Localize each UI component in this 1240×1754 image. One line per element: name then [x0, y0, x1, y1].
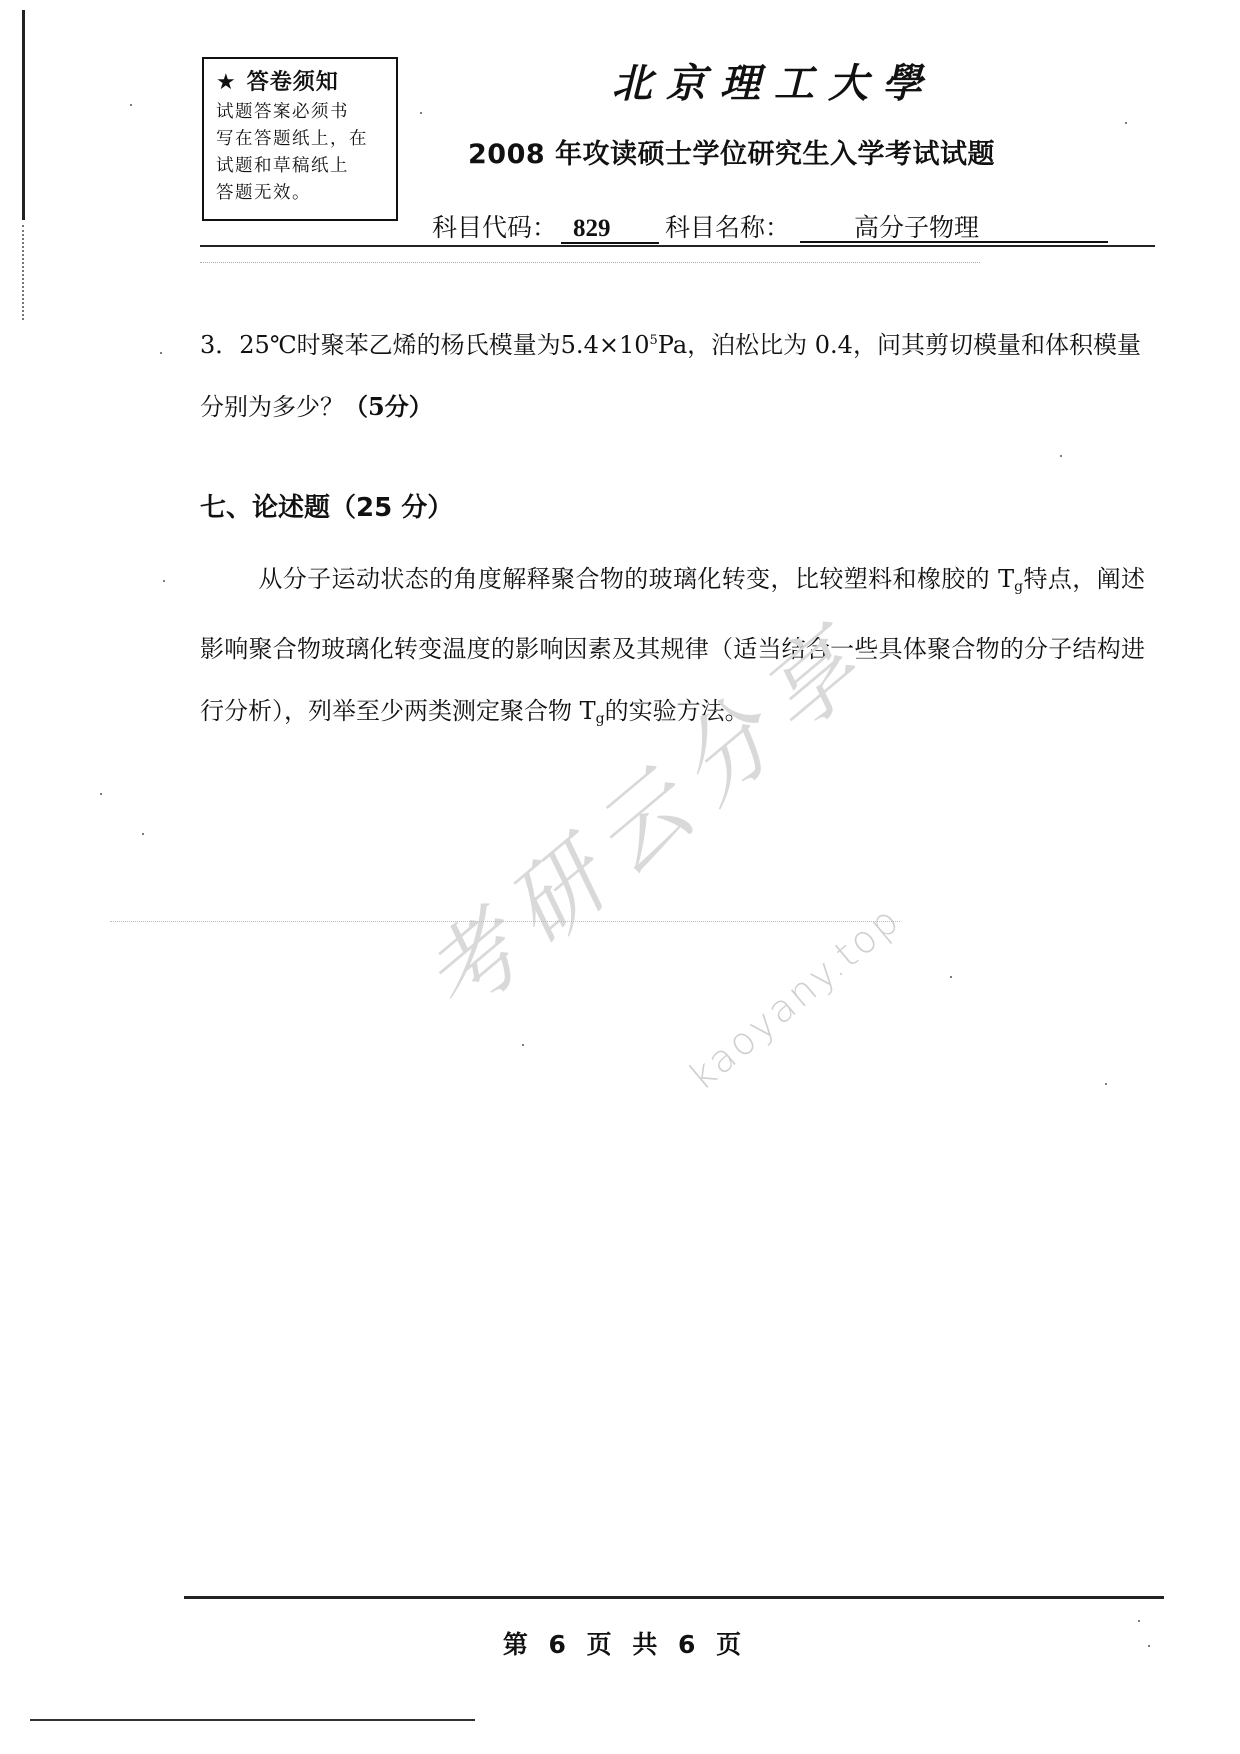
scan-speck — [1105, 1083, 1107, 1085]
subject-code-value: 829 — [561, 216, 659, 244]
exam-title: 2008 年攻读硕士学位研究生入学考试试题 — [468, 132, 995, 171]
scan-speck — [1138, 1620, 1140, 1622]
scan-speck — [522, 1044, 524, 1046]
essay-question: 从分子运动状态的角度解释聚合物的玻璃化转变，比较塑料和橡胶的 Tg特点，阐述影响… — [200, 548, 1145, 750]
scan-speck — [163, 580, 165, 582]
scan-speck — [420, 112, 422, 114]
scan-bottom-edge — [30, 1719, 475, 1721]
scan-edge-line — [22, 10, 25, 220]
question-text-part1: 25℃时聚苯乙烯的杨氏模量为5.4×10 — [239, 331, 649, 359]
watermark-url: kaoyany.top — [680, 896, 909, 1098]
scan-speck — [142, 833, 144, 835]
subject-code-label: 科目代码： — [432, 213, 557, 242]
subject-name-label: 科目名称： — [665, 213, 790, 242]
watermark: 考研云分享 kaoyany.top — [380, 700, 900, 1120]
scan-speck — [950, 976, 952, 978]
question-3: 3．25℃时聚苯乙烯的杨氏模量为5.4×105Pa，泊松比为 0.4，问其剪切模… — [200, 310, 1150, 438]
subject-name-value: 高分子物理 — [800, 215, 1108, 243]
essay-text-part1: 从分子运动状态的角度解释聚合物的玻璃化转变，比较塑料和橡胶的 T — [258, 565, 1014, 593]
question-score: （5分） — [344, 392, 433, 421]
scan-speck — [130, 104, 132, 106]
subscript-g: g — [596, 711, 605, 727]
notice-title-text: 答卷须知 — [247, 70, 339, 95]
star-icon: ★ — [216, 70, 237, 95]
scan-speck — [1148, 1645, 1150, 1647]
scan-speck — [1060, 455, 1062, 457]
page-indicator: 第 6 页 共 6 页 — [0, 1625, 1240, 1661]
footer-divider — [184, 1596, 1164, 1599]
question-number: 3． — [200, 331, 239, 359]
university-name: 北京理工大學 — [612, 52, 936, 109]
scan-edge-dots — [22, 225, 26, 320]
notice-line: 试题答案必须书 — [216, 99, 396, 126]
scan-speck — [1125, 122, 1127, 124]
scan-speck — [160, 352, 162, 354]
notice-line: 写在答题纸上，在 — [216, 126, 396, 153]
header-dotted-divider — [200, 262, 980, 263]
notice-line: 试题和草稿纸上 — [216, 153, 396, 180]
essay-text-part3: 的实验方法。 — [605, 697, 749, 725]
section-7-title: 七、论述题（25 分） — [200, 487, 453, 524]
subscript-g: g — [1014, 579, 1023, 595]
header-divider — [200, 245, 1155, 247]
subject-info-row: 科目代码：829科目名称：高分子物理 — [432, 208, 1108, 244]
answer-notice-box: ★答卷须知 试题答案必须书 写在答题纸上，在 试题和草稿纸上 答题无效。 — [202, 57, 398, 221]
scan-artifact-dotted-line — [110, 921, 900, 922]
scan-speck — [100, 793, 102, 795]
exponent: 5 — [649, 333, 657, 348]
notice-title: ★答卷须知 — [216, 69, 396, 97]
notice-line: 答题无效。 — [216, 180, 396, 207]
